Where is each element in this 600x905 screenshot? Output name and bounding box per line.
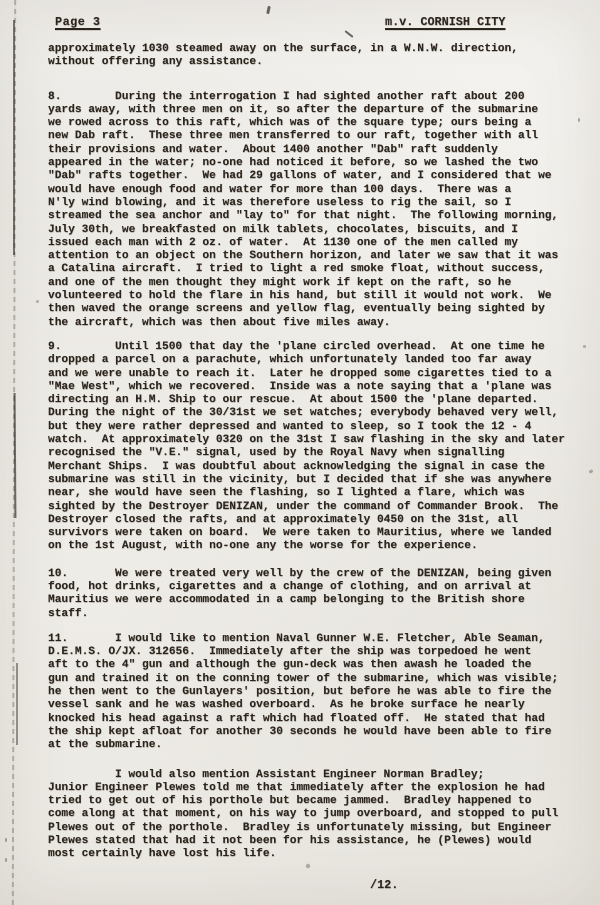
- paragraph-text: During the interrogation I had sighted a…: [48, 91, 558, 329]
- paragraph-continuation: approximately 1030 steamed away on the s…: [48, 43, 600, 70]
- paragraph-text: Until 1500 that day the 'plane circled o…: [48, 341, 565, 552]
- paragraph-9: 9.Until 1500 that day the 'plane circled…: [48, 341, 600, 554]
- paragraph-number: 9.: [48, 341, 115, 354]
- paragraph-text: We were treated very well by the crew of…: [48, 568, 551, 620]
- paragraph-number: 10.: [48, 568, 115, 581]
- document-body: approximately 1030 steamed away on the s…: [48, 43, 600, 892]
- document-page: Page 3 m.v. CORNISH CITY approximately 1…: [0, 0, 600, 905]
- paragraph-text: approximately 1030 steamed away on the s…: [48, 43, 518, 68]
- scanned-document: { "page": { "background_color": "#f0eee9…: [0, 0, 600, 905]
- page-number-label: Page 3: [55, 16, 100, 29]
- paragraph-11: 11.I would like to mention Naval Gunner …: [48, 633, 600, 753]
- document-header: Page 3 m.v. CORNISH CITY: [48, 16, 588, 34]
- paragraph-8: 8.During the interrogation I had sighted…: [48, 91, 600, 330]
- paragraph-text: I would like to mention Naval Gunner W.E…: [48, 633, 558, 751]
- paragraph-number: 11.: [48, 633, 115, 646]
- next-page-indicator: /12.: [370, 879, 600, 892]
- paragraph-10: 10.We were treated very well by the crew…: [48, 568, 600, 621]
- paragraph-bradley: I would also mention Assistant Engineer …: [48, 769, 600, 862]
- document-title: m.v. CORNISH CITY: [385, 16, 505, 29]
- paragraph-number: 8.: [48, 91, 115, 104]
- paragraph-text: I would also mention Assistant Engineer …: [48, 769, 558, 861]
